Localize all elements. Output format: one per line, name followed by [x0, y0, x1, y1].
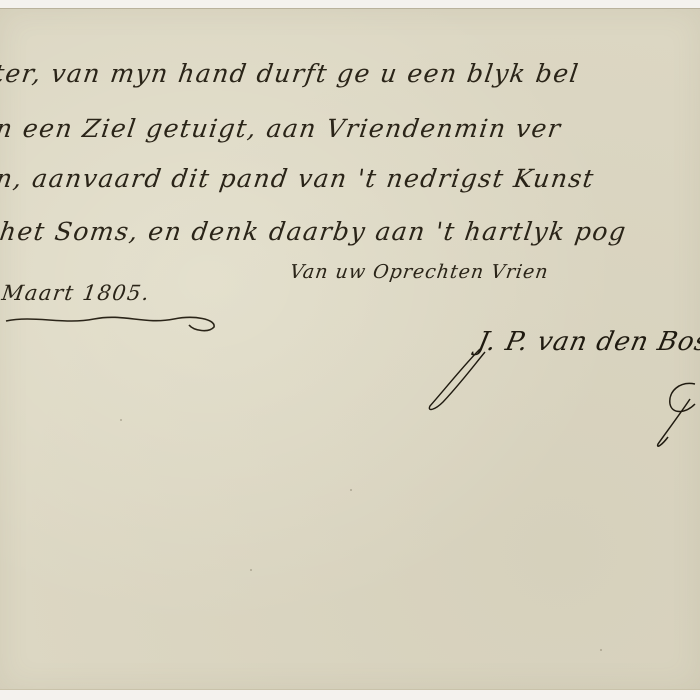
letter-line-2: n een Ziel getuigt, aan Vriendenmin ver [0, 114, 563, 143]
paper-speck [120, 419, 122, 421]
letter-line-3: n, aanvaard dit pand van 't nedrigst Kun… [0, 164, 597, 193]
letter-line-1: ter, van myn hand durft ge u een blyk be… [0, 59, 581, 88]
date-underline-flourish [4, 311, 219, 335]
paper-speck [600, 649, 602, 651]
signature-paraph [650, 379, 700, 449]
paper-speck [350, 489, 352, 491]
paper-speck [470, 239, 472, 241]
letter-closing: Van uw Oprechten Vrien [288, 261, 550, 283]
letter-page: ter, van myn hand durft ge u een blyk be… [0, 8, 700, 690]
paper-speck [250, 569, 252, 571]
letter-line-4: het Soms, en denk daarby aan 't hartlyk … [0, 217, 629, 246]
letter-date: Maart 1805. [0, 281, 152, 305]
signature: J. P. van den Bosch [475, 327, 700, 357]
